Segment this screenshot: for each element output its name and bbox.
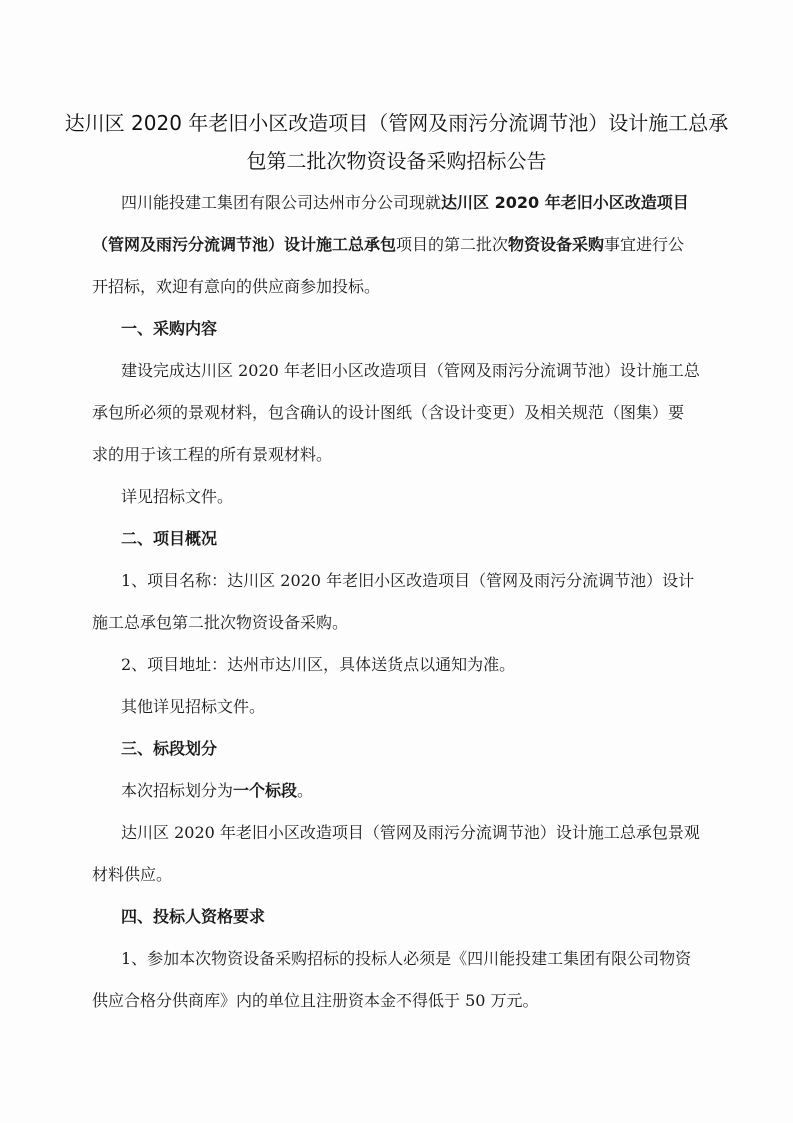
section-2-item-1-line-2: 施工总承包第二批次物资设备采购。 — [92, 613, 704, 633]
document-title-line-1: 达川区 2020 年老旧小区改造项目（管网及雨污分流调节池）设计施工总承 — [60, 112, 733, 134]
intro-procurement-bold: 物资设备采购 — [508, 235, 604, 254]
section-2-item-2: 2、项目地址：达州市达川区，具体送货点以通知为准。 — [121, 655, 733, 675]
section-3-heading: 三、标段划分 — [121, 739, 733, 759]
section-1-para-2: 详见招标文件。 — [121, 487, 733, 507]
document-page: 达川区 2020 年老旧小区改造项目（管网及雨污分流调节池）设计施工总承 包第二… — [0, 0, 793, 1123]
section-1-para-1-line-3: 求的用于该工程的所有景观材料。 — [92, 445, 704, 465]
section-4-item-1-line-1: 1、参加本次物资设备采购招标的投标人必须是《四川能投建工集团有限公司物资 — [121, 949, 733, 969]
section-2-item-1-line-1: 1、项目名称：达川区 2020 年老旧小区改造项目（管网及雨污分流调节池）设计 — [121, 571, 733, 591]
section-3-text: 。 — [297, 781, 313, 800]
intro-text: 四川能投建工集团有限公司达州市分公司现就 — [121, 193, 441, 212]
section-4-heading: 四、投标人资格要求 — [121, 907, 733, 927]
section-2-other: 其他详见招标文件。 — [121, 697, 733, 717]
section-3-text: 本次招标划分为 — [121, 781, 233, 800]
intro-line-3: 开招标，欢迎有意向的供应商参加投标。 — [92, 277, 704, 297]
section-2-heading: 二、项目概况 — [121, 529, 733, 549]
section-1-para-1-line-2: 承包所必须的景观材料，包含确认的设计图纸（含设计变更）及相关规范（图集）要 — [92, 403, 704, 423]
intro-text: 事宜进行公 — [604, 235, 684, 254]
intro-text: 项目的第二批次 — [396, 235, 508, 254]
section-3-bold-lot: 一个标段 — [233, 781, 297, 800]
section-3-para-1: 本次招标划分为一个标段。 — [121, 781, 733, 801]
intro-project-name-bold: 达川区 2020 年老旧小区改造项目 — [441, 193, 689, 212]
intro-project-name-bold-cont: （管网及雨污分流调节池）设计施工总承包 — [92, 235, 396, 254]
section-3-para-2-line-2: 材料供应。 — [92, 865, 704, 885]
intro-line-1: 四川能投建工集团有限公司达州市分公司现就达川区 2020 年老旧小区改造项目 — [121, 193, 733, 213]
intro-line-2: （管网及雨污分流调节池）设计施工总承包项目的第二批次物资设备采购事宜进行公 — [92, 235, 704, 255]
section-1-para-1-line-1: 建设完成达川区 2020 年老旧小区改造项目（管网及雨污分流调节池）设计施工总 — [121, 361, 733, 381]
section-4-item-1-line-2: 供应合格分供商库》内的单位且注册资本金不得低于 50 万元。 — [92, 991, 704, 1011]
section-3-para-2-line-1: 达川区 2020 年老旧小区改造项目（管网及雨污分流调节池）设计施工总承包景观 — [121, 823, 733, 843]
document-title-line-2: 包第二批次物资设备采购招标公告 — [60, 150, 733, 172]
section-1-heading: 一、采购内容 — [121, 319, 733, 339]
